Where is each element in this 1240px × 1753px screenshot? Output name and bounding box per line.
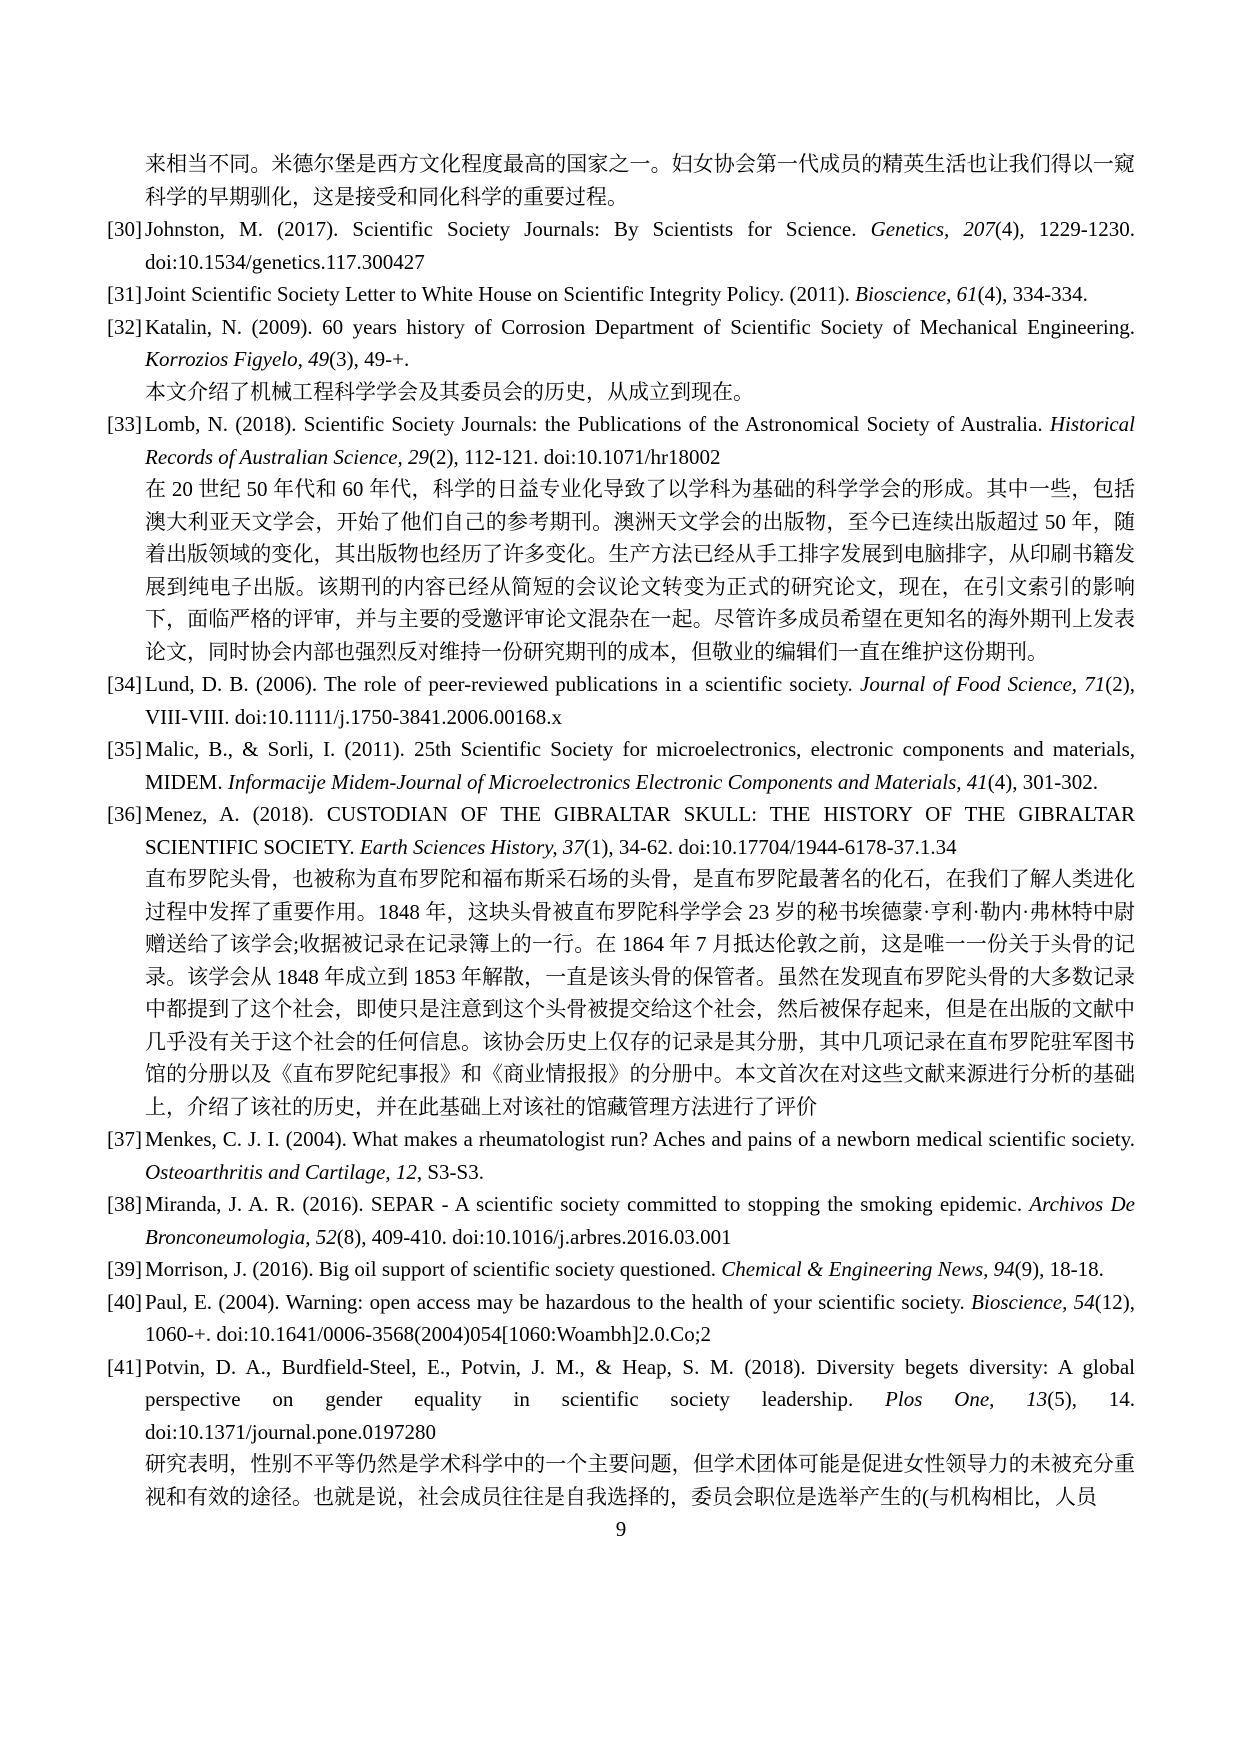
- reference-citation: Morrison, J. (2016). Big oil support of …: [145, 1253, 1135, 1286]
- reference-citation: Malic, B., & Sorli, I. (2011). 25th Scie…: [145, 733, 1135, 798]
- reference-entry: [37] Menkes, C. J. I. (2004). What makes…: [107, 1123, 1135, 1188]
- reference-entry: [41] Potvin, D. A., Burdfield-Steel, E.,…: [107, 1351, 1135, 1514]
- reference-label: [36]: [107, 798, 145, 831]
- reference-citation: Lomb, N. (2018). Scientific Society Jour…: [145, 408, 1135, 473]
- page-number: 9: [107, 1513, 1135, 1546]
- citation-text: Johnston, M. (2017). Scientific Society …: [145, 217, 871, 241]
- reference-entry: [40] Paul, E. (2004). Warning: open acce…: [107, 1286, 1135, 1351]
- reference-citation: Katalin, N. (2009). 60 years history of …: [145, 311, 1135, 376]
- citation-journal-italic: Earth Sciences History, 37: [360, 835, 584, 859]
- reference-label: [35]: [107, 733, 145, 766]
- reference-entry: [36] Menez, A. (2018). CUSTODIAN OF THE …: [107, 798, 1135, 1123]
- citation-journal-italic: Korrozios Figyelo, 49: [145, 347, 329, 371]
- reference-list: [30] Johnston, M. (2017). Scientific Soc…: [107, 213, 1135, 1513]
- citation-journal-italic: Bioscience, 61: [855, 282, 977, 306]
- citation-journal-italic: Osteoarthritis and Cartilage, 12: [145, 1160, 417, 1184]
- reference-body: Paul, E. (2004). Warning: open access ma…: [145, 1286, 1135, 1351]
- reference-label: [39]: [107, 1253, 145, 1286]
- citation-journal-italic: Plos One, 13: [885, 1387, 1047, 1411]
- reference-label: [31]: [107, 278, 145, 311]
- reference-label: [38]: [107, 1188, 145, 1221]
- reference-entry: [38] Miranda, J. A. R. (2016). SEPAR - A…: [107, 1188, 1135, 1253]
- citation-text: (4), 334-334.: [978, 282, 1088, 306]
- citation-journal-italic: Genetics, 207: [871, 217, 995, 241]
- citation-text: (4), 301-302.: [988, 770, 1098, 794]
- citation-text: (9), 18-18.: [1015, 1257, 1104, 1281]
- citation-journal-italic: Bioscience, 54: [971, 1290, 1095, 1314]
- reference-body: Lund, D. B. (2006). The role of peer-rev…: [145, 668, 1135, 733]
- citation-text: (1), 34-62. doi:10.17704/1944-6178-37.1.…: [584, 835, 957, 859]
- reference-entry: [39] Morrison, J. (2016). Big oil suppor…: [107, 1253, 1135, 1286]
- reference-label: [32]: [107, 311, 145, 344]
- citation-text: (3), 49-+.: [329, 347, 409, 371]
- reference-label: [37]: [107, 1123, 145, 1156]
- reference-body: Katalin, N. (2009). 60 years history of …: [145, 311, 1135, 409]
- citation-journal-italic: Journal of Food Science, 71: [860, 672, 1105, 696]
- reference-annotation: 直布罗陀头骨，也被称为直布罗陀和福布斯采石场的头骨，是直布罗陀最著名的化石，在我…: [145, 863, 1135, 1123]
- reference-body: Malic, B., & Sorli, I. (2011). 25th Scie…: [145, 733, 1135, 798]
- reference-annotation: 在 20 世纪 50 年代和 60 年代，科学的日益专业化导致了以学科为基础的科…: [145, 473, 1135, 668]
- citation-text: Lund, D. B. (2006). The role of peer-rev…: [145, 672, 860, 696]
- reference-body: Lomb, N. (2018). Scientific Society Jour…: [145, 408, 1135, 668]
- reference-body: Joint Scientific Society Letter to White…: [145, 278, 1135, 311]
- reference-citation: Potvin, D. A., Burdfield-Steel, E., Potv…: [145, 1351, 1135, 1449]
- reference-citation: Menkes, C. J. I. (2004). What makes a rh…: [145, 1123, 1135, 1188]
- reference-citation: Johnston, M. (2017). Scientific Society …: [145, 213, 1135, 278]
- reference-citation: Joint Scientific Society Letter to White…: [145, 278, 1135, 311]
- reference-citation: Menez, A. (2018). CUSTODIAN OF THE GIBRA…: [145, 798, 1135, 863]
- reference-entry: [30] Johnston, M. (2017). Scientific Soc…: [107, 213, 1135, 278]
- citation-text: Menkes, C. J. I. (2004). What makes a rh…: [145, 1127, 1135, 1151]
- citation-text: (8), 409-410. doi:10.1016/j.arbres.2016.…: [337, 1225, 732, 1249]
- reference-body: Potvin, D. A., Burdfield-Steel, E., Potv…: [145, 1351, 1135, 1514]
- reference-label: [41]: [107, 1351, 145, 1384]
- citation-text: Katalin, N. (2009). 60 years history of …: [145, 315, 1135, 339]
- reference-label: [30]: [107, 213, 145, 246]
- citation-text: Lomb, N. (2018). Scientific Society Jour…: [145, 412, 1050, 436]
- reference-entry: [33] Lomb, N. (2018). Scientific Society…: [107, 408, 1135, 668]
- citation-text: Morrison, J. (2016). Big oil support of …: [145, 1257, 721, 1281]
- citation-text: , S3-S3.: [417, 1160, 484, 1184]
- reference-annotation: 研究表明，性别不平等仍然是学术科学中的一个主要问题，但学术团体可能是促进女性领导…: [145, 1448, 1135, 1513]
- reference-label: [34]: [107, 668, 145, 701]
- reference-entry: [35] Malic, B., & Sorli, I. (2011). 25th…: [107, 733, 1135, 798]
- reference-citation: Paul, E. (2004). Warning: open access ma…: [145, 1286, 1135, 1351]
- citation-journal-italic: Informacije Midem-Journal of Microelectr…: [228, 770, 988, 794]
- reference-body: Morrison, J. (2016). Big oil support of …: [145, 1253, 1135, 1286]
- reference-entry: [31] Joint Scientific Society Letter to …: [107, 278, 1135, 311]
- citation-text: Joint Scientific Society Letter to White…: [145, 282, 855, 306]
- reference-entry: [34] Lund, D. B. (2006). The role of pee…: [107, 668, 1135, 733]
- reference-label: [40]: [107, 1286, 145, 1319]
- reference-annotation: 本文介绍了机械工程科学学会及其委员会的历史，从成立到现在。: [145, 376, 1135, 409]
- reference-body: Miranda, J. A. R. (2016). SEPAR - A scie…: [145, 1188, 1135, 1253]
- reference-body: Johnston, M. (2017). Scientific Society …: [145, 213, 1135, 278]
- citation-journal-italic: Chemical & Engineering News, 94: [721, 1257, 1014, 1281]
- reference-label: [33]: [107, 408, 145, 441]
- reference-body: Menez, A. (2018). CUSTODIAN OF THE GIBRA…: [145, 798, 1135, 1123]
- citation-text: Paul, E. (2004). Warning: open access ma…: [145, 1290, 971, 1314]
- document-page: 来相当不同。米德尔堡是西方文化程度最高的国家之一。妇女协会第一代成员的精英生活也…: [0, 0, 1240, 1753]
- reference-body: Menkes, C. J. I. (2004). What makes a rh…: [145, 1123, 1135, 1188]
- reference-citation: Miranda, J. A. R. (2016). SEPAR - A scie…: [145, 1188, 1135, 1253]
- carryover-paragraph: 来相当不同。米德尔堡是西方文化程度最高的国家之一。妇女协会第一代成员的精英生活也…: [145, 148, 1135, 213]
- citation-text: Miranda, J. A. R. (2016). SEPAR - A scie…: [145, 1192, 1029, 1216]
- reference-entry: [32] Katalin, N. (2009). 60 years histor…: [107, 311, 1135, 409]
- reference-citation: Lund, D. B. (2006). The role of peer-rev…: [145, 668, 1135, 733]
- citation-text: (2), 112-121. doi:10.1071/hr18002: [429, 445, 720, 469]
